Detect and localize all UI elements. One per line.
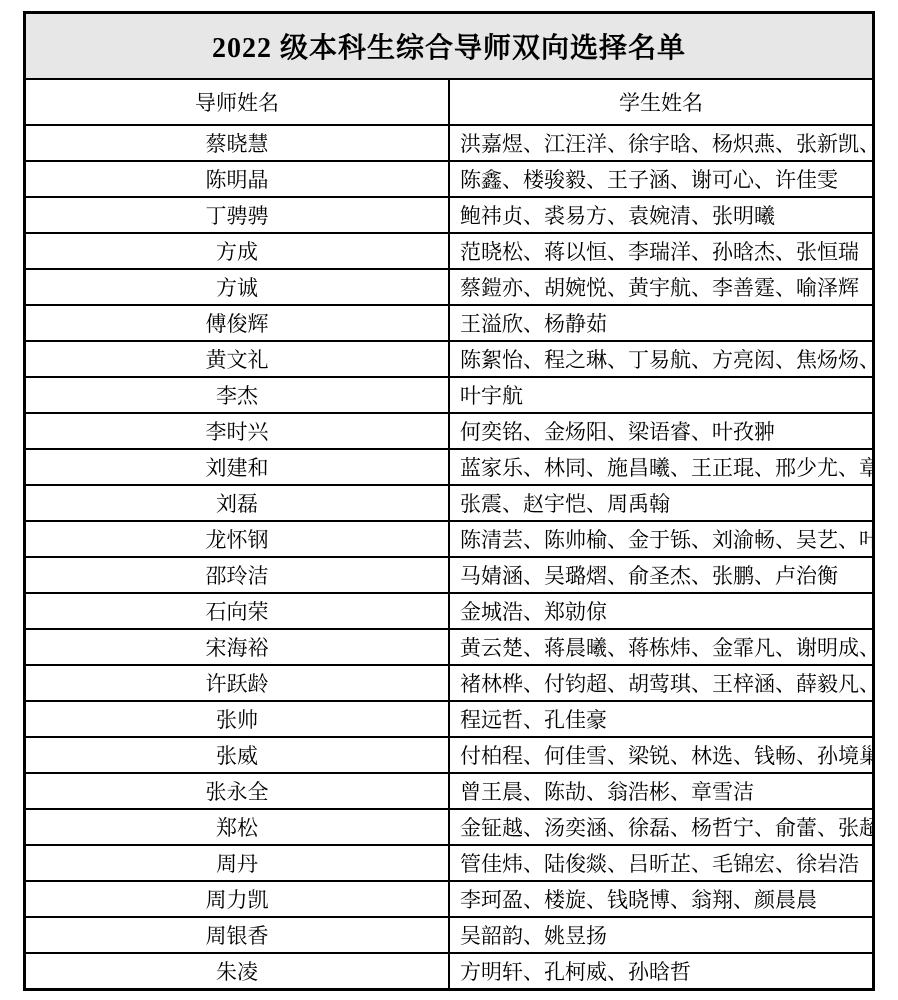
student-names-cell: 黄云楚、蒋晨曦、蒋栋炜、金霏凡、谢明成、俞越 xyxy=(449,629,874,665)
table-row: 许跃龄 褚林桦、付钧超、胡莺琪、王梓涵、薛毅凡、姚慧杰 xyxy=(25,665,874,701)
student-names-cell: 褚林桦、付钧超、胡莺琪、王梓涵、薛毅凡、姚慧杰 xyxy=(449,665,874,701)
table-row: 郑松 金钲越、汤奕涵、徐磊、杨哲宁、俞蕾、张超 xyxy=(25,809,874,845)
table-row: 宋海裕 黄云楚、蒋晨曦、蒋栋炜、金霏凡、谢明成、俞越 xyxy=(25,629,874,665)
mentor-name-cell: 周银香 xyxy=(25,917,450,953)
mentor-student-table: 2022 级本科生综合导师双向选择名单 导师姓名 学生姓名 蔡晓慧 洪嘉煜、江汪… xyxy=(23,11,875,991)
column-header-row: 导师姓名 学生姓名 xyxy=(25,79,874,125)
mentor-name-cell: 张永全 xyxy=(25,773,450,809)
column-header-mentor: 导师姓名 xyxy=(25,79,450,125)
table-row: 陈明晶 陈鑫、楼骏毅、王子涵、谢可心、许佳雯 xyxy=(25,161,874,197)
table-row: 李时兴 何奕铭、金炀阳、梁语睿、叶孜翀 xyxy=(25,413,874,449)
table-row: 丁骋骋 鲍祎贞、裘易方、袁婉清、张明曦 xyxy=(25,197,874,233)
table-row: 周力凯 李珂盈、楼旋、钱晓博、翁翔、颜晨晨 xyxy=(25,881,874,917)
mentor-name-cell: 李杰 xyxy=(25,377,450,413)
mentor-name-cell: 黄文礼 xyxy=(25,341,450,377)
mentor-name-cell: 周丹 xyxy=(25,845,450,881)
mentor-name-cell: 张威 xyxy=(25,737,450,773)
column-header-students: 学生姓名 xyxy=(449,79,874,125)
mentor-name-cell: 郑松 xyxy=(25,809,450,845)
mentor-name-cell: 许跃龄 xyxy=(25,665,450,701)
student-names-cell: 陈鑫、楼骏毅、王子涵、谢可心、许佳雯 xyxy=(449,161,874,197)
table-body: 蔡晓慧 洪嘉煜、江汪洋、徐宇晗、杨炽燕、张新凯、朱泽媛 陈明晶 陈鑫、楼骏毅、王… xyxy=(25,125,874,990)
table-row: 张永全 曾王晨、陈劼、翁浩彬、章雪洁 xyxy=(25,773,874,809)
student-names-cell: 程远哲、孔佳豪 xyxy=(449,701,874,737)
table-row: 李杰 叶宇航 xyxy=(25,377,874,413)
student-names-cell: 金城浩、郑勍倞 xyxy=(449,593,874,629)
student-names-cell: 曾王晨、陈劼、翁浩彬、章雪洁 xyxy=(449,773,874,809)
student-names-cell: 吴韶韵、姚昱扬 xyxy=(449,917,874,953)
table-row: 石向荣 金城浩、郑勍倞 xyxy=(25,593,874,629)
mentor-name-cell: 刘建和 xyxy=(25,449,450,485)
table-row: 蔡晓慧 洪嘉煜、江汪洋、徐宇晗、杨炽燕、张新凯、朱泽媛 xyxy=(25,125,874,161)
mentor-name-cell: 李时兴 xyxy=(25,413,450,449)
table-row: 刘磊 张震、赵宇恺、周禹翰 xyxy=(25,485,874,521)
table-row: 张威 付柏程、何佳雪、梁锐、林选、钱畅、孙境巢 xyxy=(25,737,874,773)
table-row: 方诚 蔡鎧亦、胡婉悦、黄宇航、李善霆、喻泽辉 xyxy=(25,269,874,305)
table-row: 龙怀钢 陈清芸、陈帅榆、金于铄、刘渝畅、吴艺、叶佳意 xyxy=(25,521,874,557)
mentor-name-cell: 宋海裕 xyxy=(25,629,450,665)
student-names-cell: 付柏程、何佳雪、梁锐、林选、钱畅、孙境巢 xyxy=(449,737,874,773)
student-names-cell: 蔡鎧亦、胡婉悦、黄宇航、李善霆、喻泽辉 xyxy=(449,269,874,305)
student-names-cell: 马婧涵、吴璐熠、俞圣杰、张鹏、卢治衡 xyxy=(449,557,874,593)
student-names-cell: 叶宇航 xyxy=(449,377,874,413)
student-names-cell: 何奕铭、金炀阳、梁语睿、叶孜翀 xyxy=(449,413,874,449)
student-names-cell: 张震、赵宇恺、周禹翰 xyxy=(449,485,874,521)
table-row: 黄文礼 陈絮怡、程之琳、丁易航、方亮闳、焦炀炀、孟圣杰、吴骞驹、俞涛 xyxy=(25,341,874,377)
mentor-name-cell: 丁骋骋 xyxy=(25,197,450,233)
table-row: 周银香 吴韶韵、姚昱扬 xyxy=(25,917,874,953)
table-row: 朱凌 方明轩、孔柯威、孙晗哲 xyxy=(25,953,874,990)
mentor-name-cell: 方成 xyxy=(25,233,450,269)
student-names-cell: 金钲越、汤奕涵、徐磊、杨哲宁、俞蕾、张超 xyxy=(449,809,874,845)
mentor-name-cell: 傅俊辉 xyxy=(25,305,450,341)
table-row: 张帅 程远哲、孔佳豪 xyxy=(25,701,874,737)
student-names-cell: 王溢欣、杨静茹 xyxy=(449,305,874,341)
mentor-name-cell: 刘磊 xyxy=(25,485,450,521)
table-row: 方成 范晓松、蒋以恒、李瑞洋、孙晗杰、张恒瑞 xyxy=(25,233,874,269)
student-names-cell: 洪嘉煜、江汪洋、徐宇晗、杨炽燕、张新凯、朱泽媛 xyxy=(449,125,874,161)
student-names-cell: 鲍祎贞、裘易方、袁婉清、张明曦 xyxy=(449,197,874,233)
table-row: 邵玲洁 马婧涵、吴璐熠、俞圣杰、张鹏、卢治衡 xyxy=(25,557,874,593)
mentor-name-cell: 周力凯 xyxy=(25,881,450,917)
mentor-name-cell: 石向荣 xyxy=(25,593,450,629)
student-names-cell: 陈清芸、陈帅榆、金于铄、刘渝畅、吴艺、叶佳意 xyxy=(449,521,874,557)
mentor-name-cell: 朱凌 xyxy=(25,953,450,990)
student-names-cell: 陈絮怡、程之琳、丁易航、方亮闳、焦炀炀、孟圣杰、吴骞驹、俞涛 xyxy=(449,341,874,377)
student-names-cell: 管佳炜、陆俊燚、吕昕芷、毛锦宏、徐岩浩 xyxy=(449,845,874,881)
mentor-name-cell: 方诚 xyxy=(25,269,450,305)
title-row: 2022 级本科生综合导师双向选择名单 xyxy=(25,13,874,80)
student-names-cell: 蓝家乐、林同、施昌曦、王正琨、邢少尤、章雨婕 xyxy=(449,449,874,485)
mentor-name-cell: 张帅 xyxy=(25,701,450,737)
table-title: 2022 级本科生综合导师双向选择名单 xyxy=(25,13,874,80)
mentor-name-cell: 邵玲洁 xyxy=(25,557,450,593)
mentor-name-cell: 陈明晶 xyxy=(25,161,450,197)
document-page: 2022 级本科生综合导师双向选择名单 导师姓名 学生姓名 蔡晓慧 洪嘉煜、江汪… xyxy=(0,0,898,1000)
table-row: 周丹 管佳炜、陆俊燚、吕昕芷、毛锦宏、徐岩浩 xyxy=(25,845,874,881)
mentor-name-cell: 龙怀钢 xyxy=(25,521,450,557)
student-names-cell: 方明轩、孔柯威、孙晗哲 xyxy=(449,953,874,990)
table-row: 刘建和 蓝家乐、林同、施昌曦、王正琨、邢少尤、章雨婕 xyxy=(25,449,874,485)
table-head: 2022 级本科生综合导师双向选择名单 导师姓名 学生姓名 xyxy=(25,13,874,126)
mentor-name-cell: 蔡晓慧 xyxy=(25,125,450,161)
table-row: 傅俊辉 王溢欣、杨静茹 xyxy=(25,305,874,341)
student-names-cell: 范晓松、蒋以恒、李瑞洋、孙晗杰、张恒瑞 xyxy=(449,233,874,269)
student-names-cell: 李珂盈、楼旋、钱晓博、翁翔、颜晨晨 xyxy=(449,881,874,917)
